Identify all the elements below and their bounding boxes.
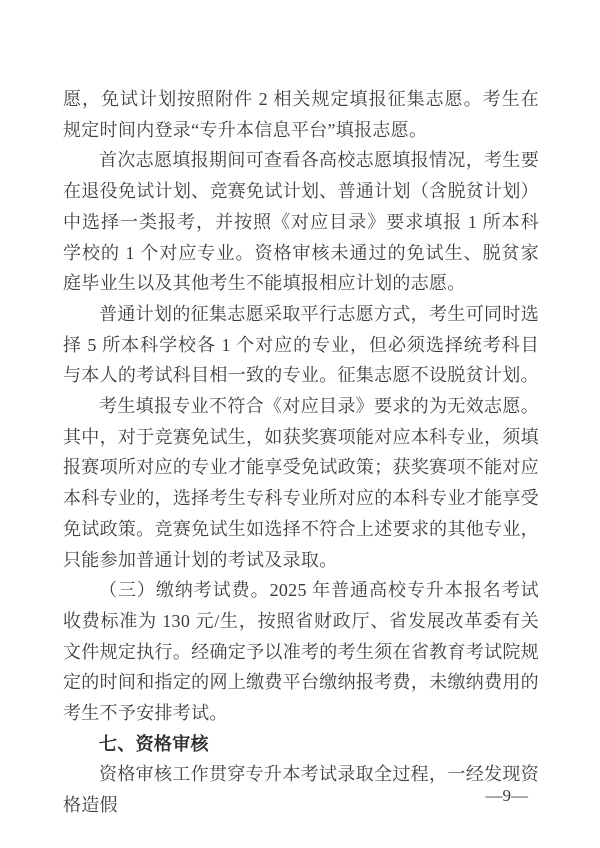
paragraph-first-volunteer-period: 首次志愿填报期间可查看各高校志愿填报情况，考生要在退役免试计划、竞赛免试计划、普…: [63, 145, 539, 299]
section-heading-qualification-review: 七、资格审核: [63, 729, 539, 760]
paragraph-invalid-volunteer-rules: 考生填报专业不符合《对应目录》要求的为无效志愿。其中，对于竞赛免试生，如获奖赛项…: [63, 391, 539, 575]
paragraph-qualification-review-intro: 资格审核工作贯穿专升本考试录取全过程，一经发现资格造假: [63, 759, 539, 820]
paragraph-exam-fee-payment: （三）缴纳考试费。2025 年普通高校专升本报名考试收费标准为 130 元/生，…: [63, 575, 539, 729]
document-page: 愿，免试计划按照附件 2 相关规定填报征集志愿。考生在规定时间内登录“专升本信息…: [0, 0, 600, 848]
paragraph-continuation-volunteer-filing: 愿，免试计划按照附件 2 相关规定填报征集志愿。考生在规定时间内登录“专升本信息…: [63, 84, 539, 145]
document-text-block: 愿，免试计划按照附件 2 相关规定填报征集志愿。考生在规定时间内登录“专升本信息…: [63, 84, 539, 821]
paragraph-parallel-volunteer: 普通计划的征集志愿采取平行志愿方式，考生可同时选择 5 所本科学校各 1 个对应…: [63, 299, 539, 391]
page-number: —9—: [486, 786, 529, 806]
